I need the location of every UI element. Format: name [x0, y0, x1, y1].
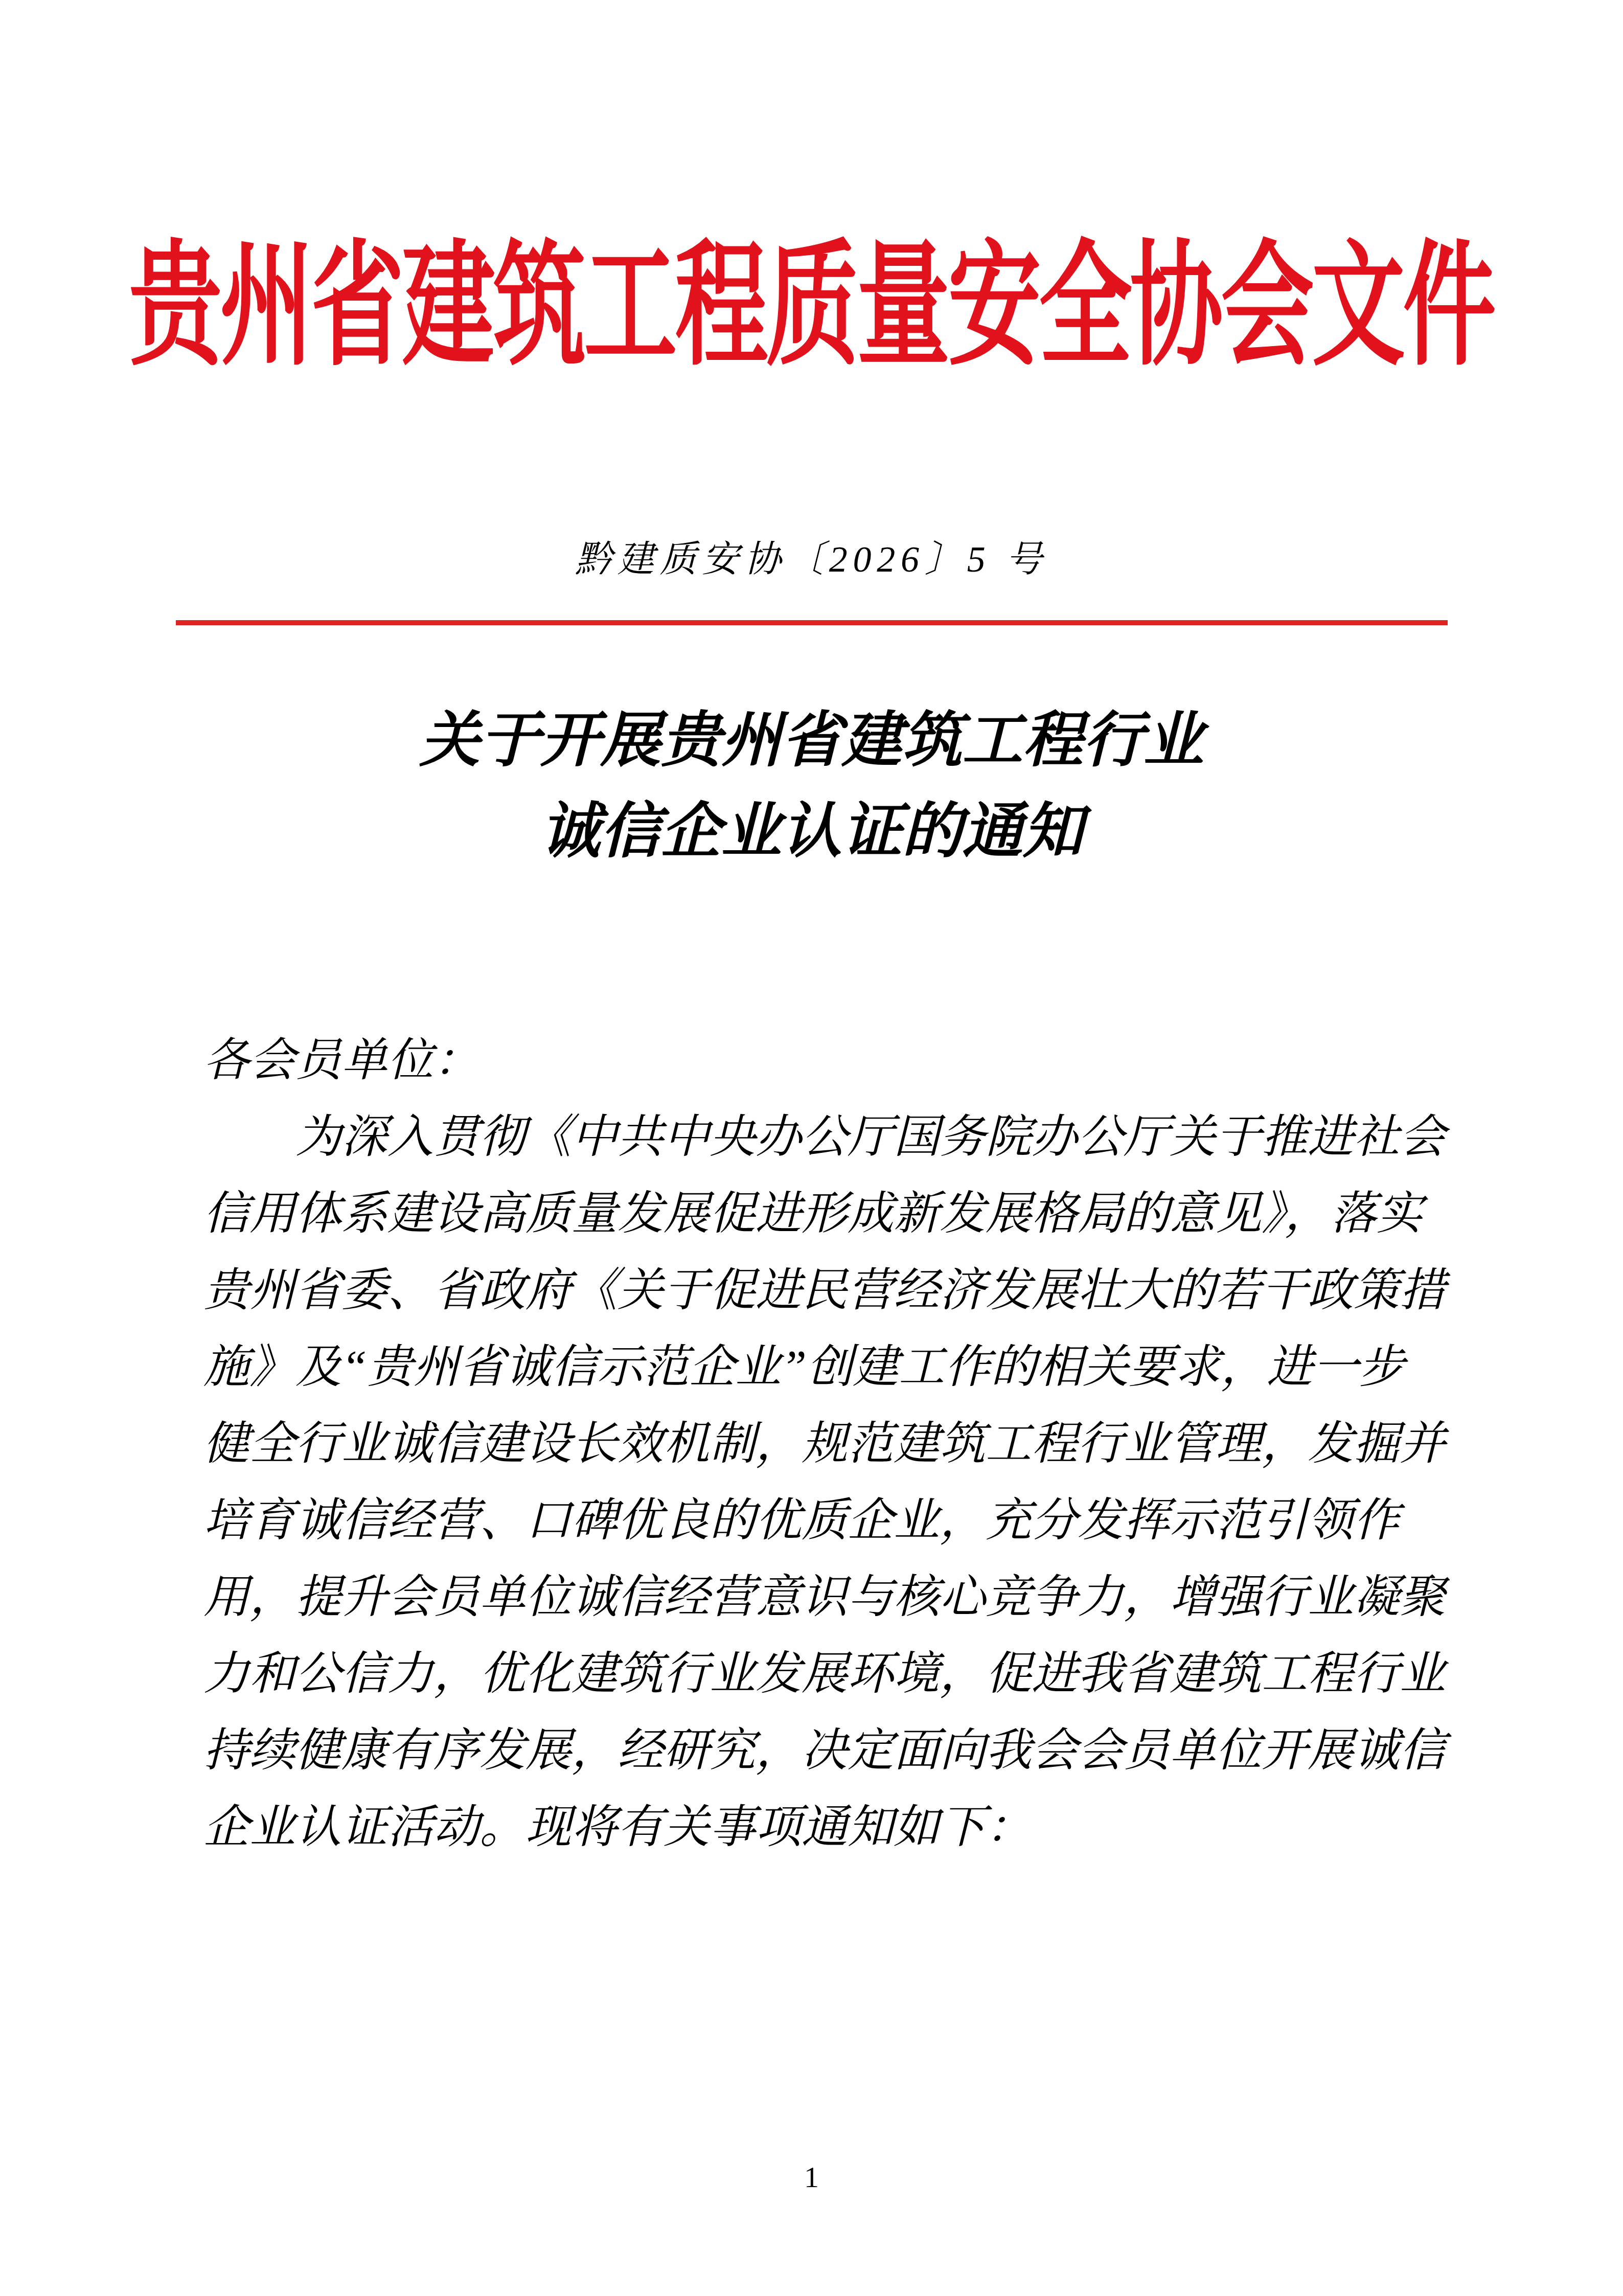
- document-page: 贵州省建筑工程质量安全协会文件 黔建质安协〔2026〕5 号 关于开展贵州省建筑…: [0, 0, 1623, 2296]
- paragraph-line: 力和公信力，优化建筑行业发展环境，促进我省建筑工程行业: [203, 1636, 1446, 1713]
- paragraph-line: 贵州省委、省政府《关于促进民营经济发展壮大的若干政策措: [203, 1253, 1446, 1329]
- paragraph-line: 信用体系建设高质量发展促进形成新发展格局的意见》，落实: [203, 1176, 1446, 1253]
- red-header-banner: 贵州省建筑工程质量安全协会文件: [0, 240, 1623, 333]
- doc-title-line1: 关于开展贵州省建筑工程行业: [0, 695, 1623, 786]
- paragraph-line: 健全行业诚信建设长效机制，规范建筑工程行业管理，发掘并: [203, 1406, 1446, 1483]
- body-text: 各会员单位： 为深入贯彻《中共中央办公厅国务院办公厅关于推进社会信用体系建设高质…: [203, 1022, 1446, 1866]
- paragraph-line: 持续健康有序发展，经研究，决定面向我会会员单位开展诚信: [203, 1713, 1446, 1789]
- paragraph-line: 培育诚信经营、口碑优良的优质企业，充分发挥示范引领作: [203, 1483, 1446, 1559]
- salutation: 各会员单位：: [203, 1022, 1446, 1099]
- org-title: 贵州省建筑工程质量安全协会文件: [129, 240, 1494, 375]
- doc-number: 黔建质安协〔2026〕5 号: [0, 541, 1623, 578]
- page-number: 1: [0, 2163, 1623, 2192]
- paragraph-line: 施》及“贵州省诚信示范企业”创建工作的相关要求，进一步: [203, 1329, 1446, 1406]
- red-divider-rule: [176, 620, 1448, 625]
- paragraph-line: 企业认证活动。现将有关事项通知如下：: [203, 1789, 1446, 1866]
- doc-title-line2: 诚信企业认证的通知: [0, 786, 1623, 877]
- doc-title: 关于开展贵州省建筑工程行业 诚信企业认证的通知: [0, 695, 1623, 877]
- paragraph-line: 用，提升会员单位诚信经营意识与核心竞争力，增强行业凝聚: [203, 1559, 1446, 1636]
- paragraph-line: 为深入贯彻《中共中央办公厅国务院办公厅关于推进社会: [203, 1099, 1446, 1176]
- main-paragraph: 为深入贯彻《中共中央办公厅国务院办公厅关于推进社会信用体系建设高质量发展促进形成…: [203, 1099, 1446, 1866]
